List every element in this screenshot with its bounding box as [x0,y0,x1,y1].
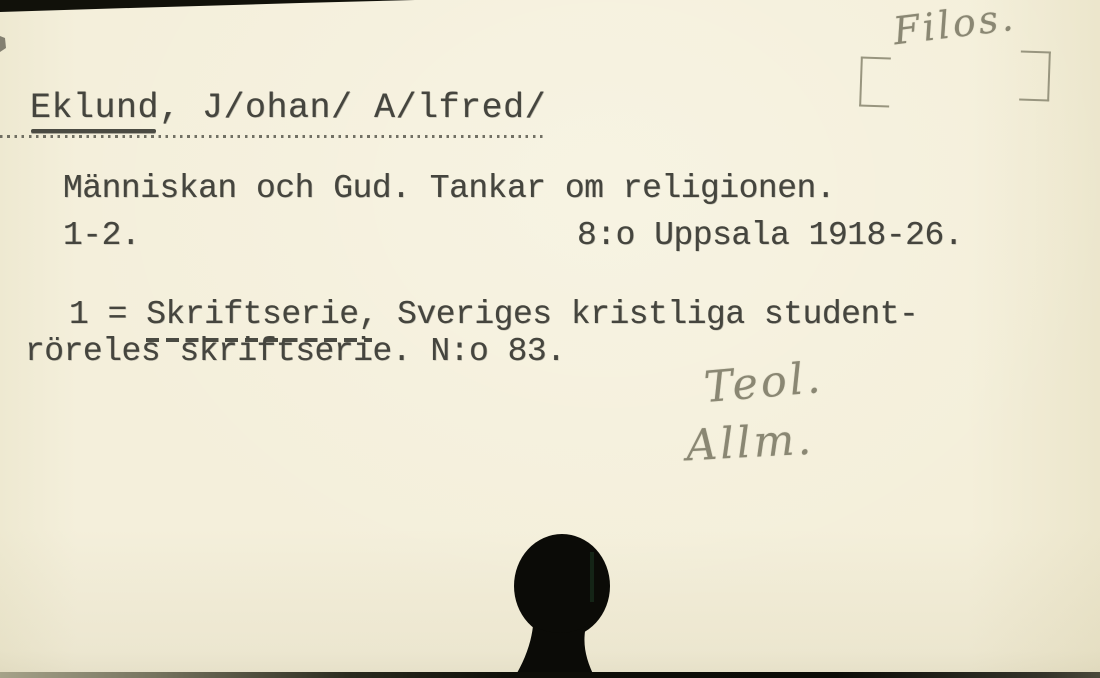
author-forenames: , J/ohan/ A/lfred/ [159,88,546,128]
imprint-line: 8:o Uppsala 1918-26. [577,219,963,252]
series-note-line1: 1 = Skriftserie, Sveriges kristliga stud… [69,298,918,331]
series-title-underlined: Skriftserie, [146,298,378,331]
dotted-rule [0,135,547,138]
pencil-bracket-open-icon [859,56,891,107]
punch-hole-circle [514,534,610,638]
pencil-bracket-close-icon [1019,50,1051,101]
punch-hole-stem [514,626,595,678]
series-prefix: 1 = [69,296,146,333]
pencil-note-teol: Teol. [702,353,825,413]
title-line: Människan och Gud. Tankar om religionen. [63,172,835,205]
heading-author-line: Eklund, J/ohan/ A/lfred/ [30,91,546,126]
series-continuation: Sveriges kristliga student- [378,296,919,333]
pencil-classification: Filos. [891,0,1019,53]
author-surname: Eklund [30,91,159,126]
series-note-line2: röreles skriftserie. N:o 83. [25,335,566,368]
scan-edge-bottom [0,672,1100,678]
pencil-note-allm: Allm. [685,415,815,472]
scan-edge-left-mark [0,36,6,52]
volumes-designation: 1-2. [63,219,140,252]
scan-artifact-green-line [590,552,594,602]
catalog-card: Eklund, J/ohan/ A/lfred/ Människan och G… [0,0,1100,678]
scan-edge-top-left [0,0,415,12]
